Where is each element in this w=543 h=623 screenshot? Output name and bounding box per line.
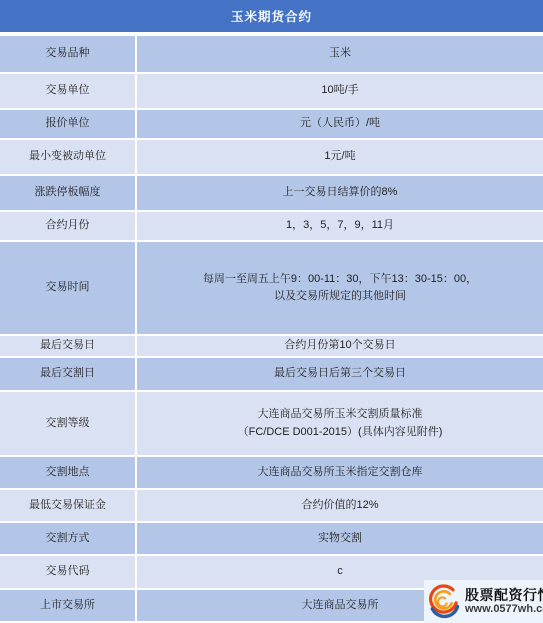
row-label: 报价单位 bbox=[0, 110, 137, 138]
table-row: 交割等级 大连商品交易所玉米交割质量标准 （FC/DCE D001-2015）(… bbox=[0, 392, 543, 457]
row-value: 合约价值的12% bbox=[137, 490, 543, 521]
table-row: 交割方式 实物交割 bbox=[0, 523, 543, 556]
row-label: 最小变被动单位 bbox=[0, 140, 137, 174]
row-value: 大连商品交易所玉米交割质量标准 （FC/DCE D001-2015）(具体内容见… bbox=[137, 392, 543, 455]
row-label: 合约月份 bbox=[0, 212, 137, 240]
row-label: 交割地点 bbox=[0, 457, 137, 488]
row-value: 玉米 bbox=[137, 36, 543, 72]
table-row: 最低交易保证金 合约价值的12% bbox=[0, 490, 543, 523]
row-value: 实物交割 bbox=[137, 523, 543, 554]
row-label: 交易品种 bbox=[0, 36, 137, 72]
row-value: 10吨/手 bbox=[137, 74, 543, 108]
row-label: 涨跌停板幅度 bbox=[0, 176, 137, 210]
brand-name: 股票配资行情 bbox=[465, 587, 543, 603]
row-label: 最低交易保证金 bbox=[0, 490, 137, 521]
table-row: 交易单位 10吨/手 bbox=[0, 74, 543, 110]
table-row: 合约月份 1，3，5，7，9，11月 bbox=[0, 212, 543, 242]
brand-url: www.0577wh.com bbox=[465, 603, 543, 616]
table-row: 最后交易日 合约月份第10个交易日 bbox=[0, 336, 543, 358]
table-row: 最小变被动单位 1元/吨 bbox=[0, 140, 543, 176]
row-label: 最后交割日 bbox=[0, 358, 137, 390]
row-label: 交易时间 bbox=[0, 242, 137, 334]
row-label: 交割方式 bbox=[0, 523, 137, 554]
row-label: 最后交易日 bbox=[0, 336, 137, 356]
row-label: 上市交易所 bbox=[0, 590, 137, 621]
table-row: 最后交割日 最后交易日后第三个交易日 bbox=[0, 358, 543, 392]
table-row: 交割地点 大连商品交易所玉米指定交割仓库 bbox=[0, 457, 543, 490]
row-value: 最后交易日后第三个交易日 bbox=[137, 358, 543, 390]
table-row: 交易品种 玉米 bbox=[0, 36, 543, 74]
brand-text: 股票配资行情 www.0577wh.com bbox=[465, 587, 543, 616]
row-value: 上一交易日结算价的8% bbox=[137, 176, 543, 210]
contract-spec-page: 玉米期货合约 交易品种 玉米 交易单位 10吨/手 报价单位 元（人民币）/吨 … bbox=[0, 0, 543, 623]
site-watermark: 股票配资行情 www.0577wh.com bbox=[424, 580, 543, 623]
table-row: 交易时间 每周一至周五上午9：00-11：30，下午13：30-15：00， 以… bbox=[0, 242, 543, 336]
row-value: 元（人民币）/吨 bbox=[137, 110, 543, 138]
row-label: 交割等级 bbox=[0, 392, 137, 455]
brand-logo-icon bbox=[426, 584, 462, 620]
row-value: 大连商品交易所玉米指定交割仓库 bbox=[137, 457, 543, 488]
table-row: 涨跌停板幅度 上一交易日结算价的8% bbox=[0, 176, 543, 212]
row-label: 交易单位 bbox=[0, 74, 137, 108]
row-value: 合约月份第10个交易日 bbox=[137, 336, 543, 356]
table-row: 报价单位 元（人民币）/吨 bbox=[0, 110, 543, 140]
row-value: 每周一至周五上午9：00-11：30，下午13：30-15：00， 以及交易所规… bbox=[137, 242, 543, 334]
table-title: 玉米期货合约 bbox=[0, 0, 543, 36]
row-value: 1，3，5，7，9，11月 bbox=[137, 212, 543, 240]
contract-spec-table: 交易品种 玉米 交易单位 10吨/手 报价单位 元（人民币）/吨 最小变被动单位… bbox=[0, 36, 543, 623]
row-value: 1元/吨 bbox=[137, 140, 543, 174]
row-label: 交易代码 bbox=[0, 556, 137, 588]
